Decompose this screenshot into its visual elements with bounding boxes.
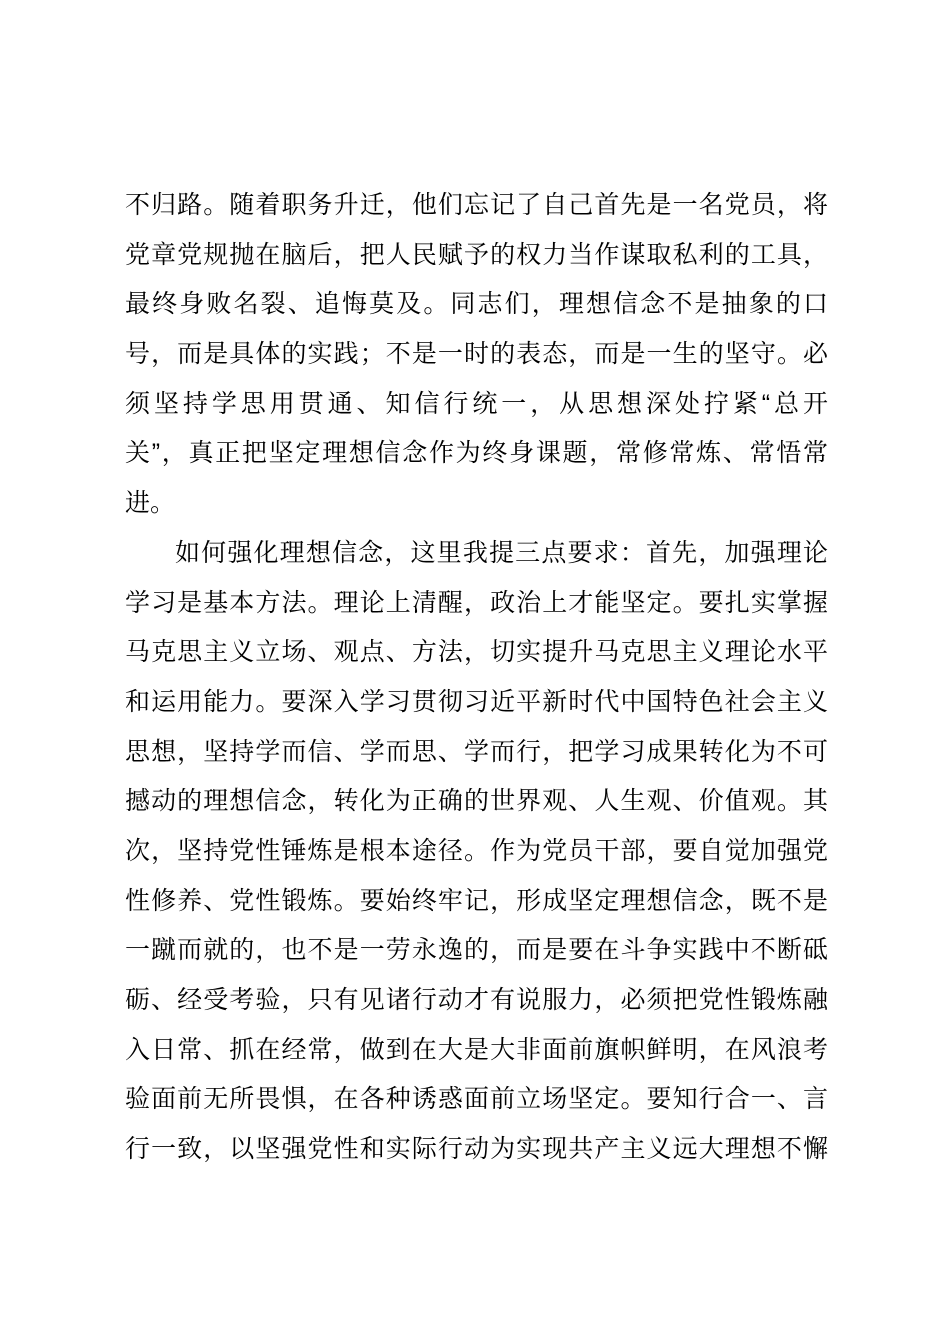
text-line: 进。 xyxy=(125,479,828,529)
text-line: 党章党规抛在脑后，把人民赋予的权力当作谋取私利的工具， xyxy=(125,231,828,281)
text-line: 学习是基本方法。理论上清醒，政治上才能坚定。要扎实掌握 xyxy=(125,579,828,629)
text-line: 马克思主义立场、观点、方法，切实提升马克思主义理论水平 xyxy=(125,628,828,678)
text-line: 思想，坚持学而信、学而思、学而行，把学习成果转化为不可 xyxy=(125,728,828,778)
paragraph: 不归路。随着职务升迁，他们忘记了自己首先是一名党员，将党章党规抛在脑后，把人民赋… xyxy=(125,181,828,529)
text-line: 撼动的理想信念，转化为正确的世界观、人生观、价值观。其 xyxy=(125,777,828,827)
text-line: 号，而是具体的实践；不是一时的表态，而是一生的坚守。必 xyxy=(125,330,828,380)
text-line: 最终身败名裂、追悔莫及。同志们，理想信念不是抽象的口 xyxy=(125,280,828,330)
text-line: 砺、经受考验，只有见诸行动才有说服力，必须把党性锻炼融 xyxy=(125,976,828,1026)
text-line: 如何强化理想信念，这里我提三点要求：首先，加强理论 xyxy=(125,529,828,579)
text-line: 次，坚持党性锤炼是根本途径。作为党员干部，要自觉加强党 xyxy=(125,827,828,877)
text-line: 关”，真正把坚定理想信念作为终身课题，常修常炼、常悟常 xyxy=(125,429,828,479)
document-page: 不归路。随着职务升迁，他们忘记了自己首先是一名党员，将党章党规抛在脑后，把人民赋… xyxy=(0,0,950,1344)
document-text: 不归路。随着职务升迁，他们忘记了自己首先是一名党员，将党章党规抛在脑后，把人民赋… xyxy=(125,181,828,1175)
text-line: 不归路。随着职务升迁，他们忘记了自己首先是一名党员，将 xyxy=(125,181,828,231)
text-line: 入日常、抓在经常，做到在大是大非面前旗帜鲜明，在风浪考 xyxy=(125,1026,828,1076)
text-line: 和运用能力。要深入学习贯彻习近平新时代中国特色社会主义 xyxy=(125,678,828,728)
text-line: 行一致，以坚强党性和实际行动为实现共产主义远大理想不懈 xyxy=(125,1125,828,1175)
text-line: 性修养、党性锻炼。要始终牢记，形成坚定理想信念，既不是 xyxy=(125,877,828,927)
text-line: 一蹴而就的，也不是一劳永逸的，而是要在斗争实践中不断砥 xyxy=(125,926,828,976)
text-line: 验面前无所畏惧，在各种诱惑面前立场坚定。要知行合一、言 xyxy=(125,1075,828,1125)
text-line: 须坚持学思用贯通、知信行统一，从思想深处拧紧“总开 xyxy=(125,380,828,430)
paragraph: 如何强化理想信念，这里我提三点要求：首先，加强理论学习是基本方法。理论上清醒，政… xyxy=(125,529,828,1175)
